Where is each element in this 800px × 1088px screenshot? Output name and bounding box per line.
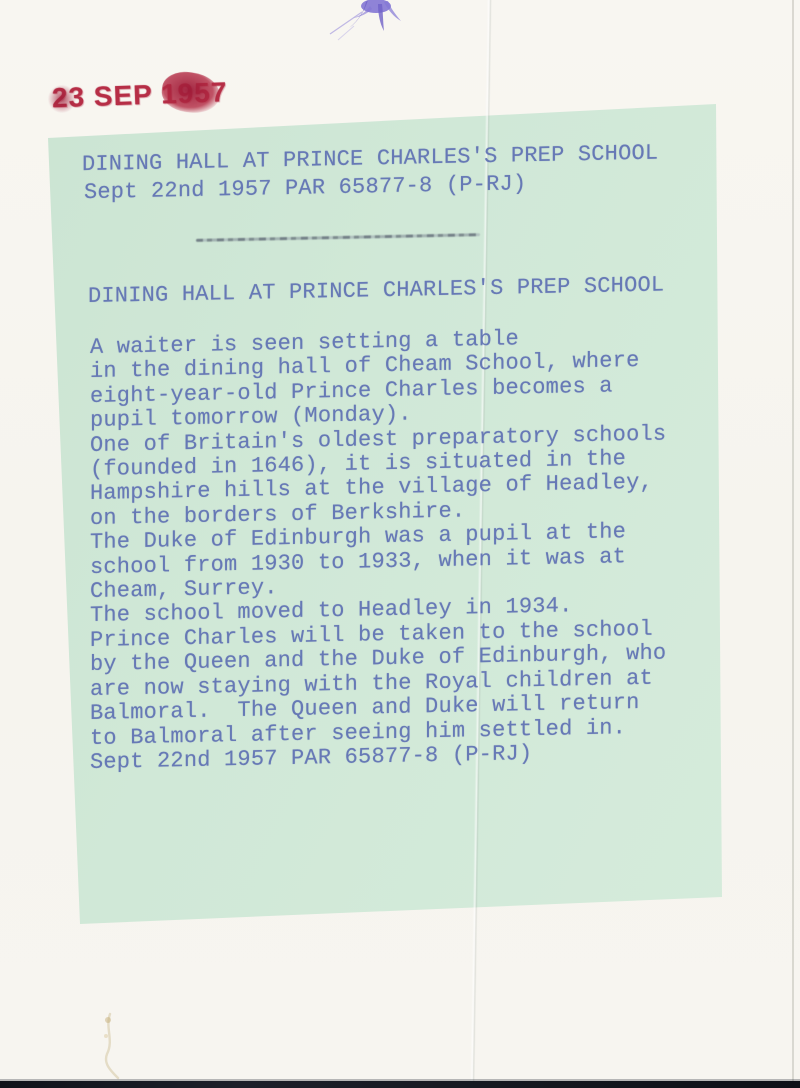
caption-subtitle: DINING HALL AT PRINCE CHARLES'S PREP SCH…: [88, 272, 664, 309]
yellow-stain: [86, 1006, 156, 1086]
caption-reference: Sept 22nd 1957 PAR 65877-8 (P-RJ): [84, 171, 526, 205]
typed-divider-line: [196, 233, 480, 242]
caption-title: DINING HALL AT PRINCE CHARLES'S PREP SCH…: [82, 141, 658, 178]
typed-caption-block: DINING HALL AT PRINCE CHARLES'S PREP SCH…: [0, 0, 800, 1088]
caption-body-text: A waiter is seen setting a table in the …: [90, 324, 666, 775]
scan-bottom-edge: [0, 1081, 800, 1088]
scanned-press-caption-page: 23 SEP 1957 DINING HALL AT PRINCE CHARLE…: [0, 0, 800, 1088]
